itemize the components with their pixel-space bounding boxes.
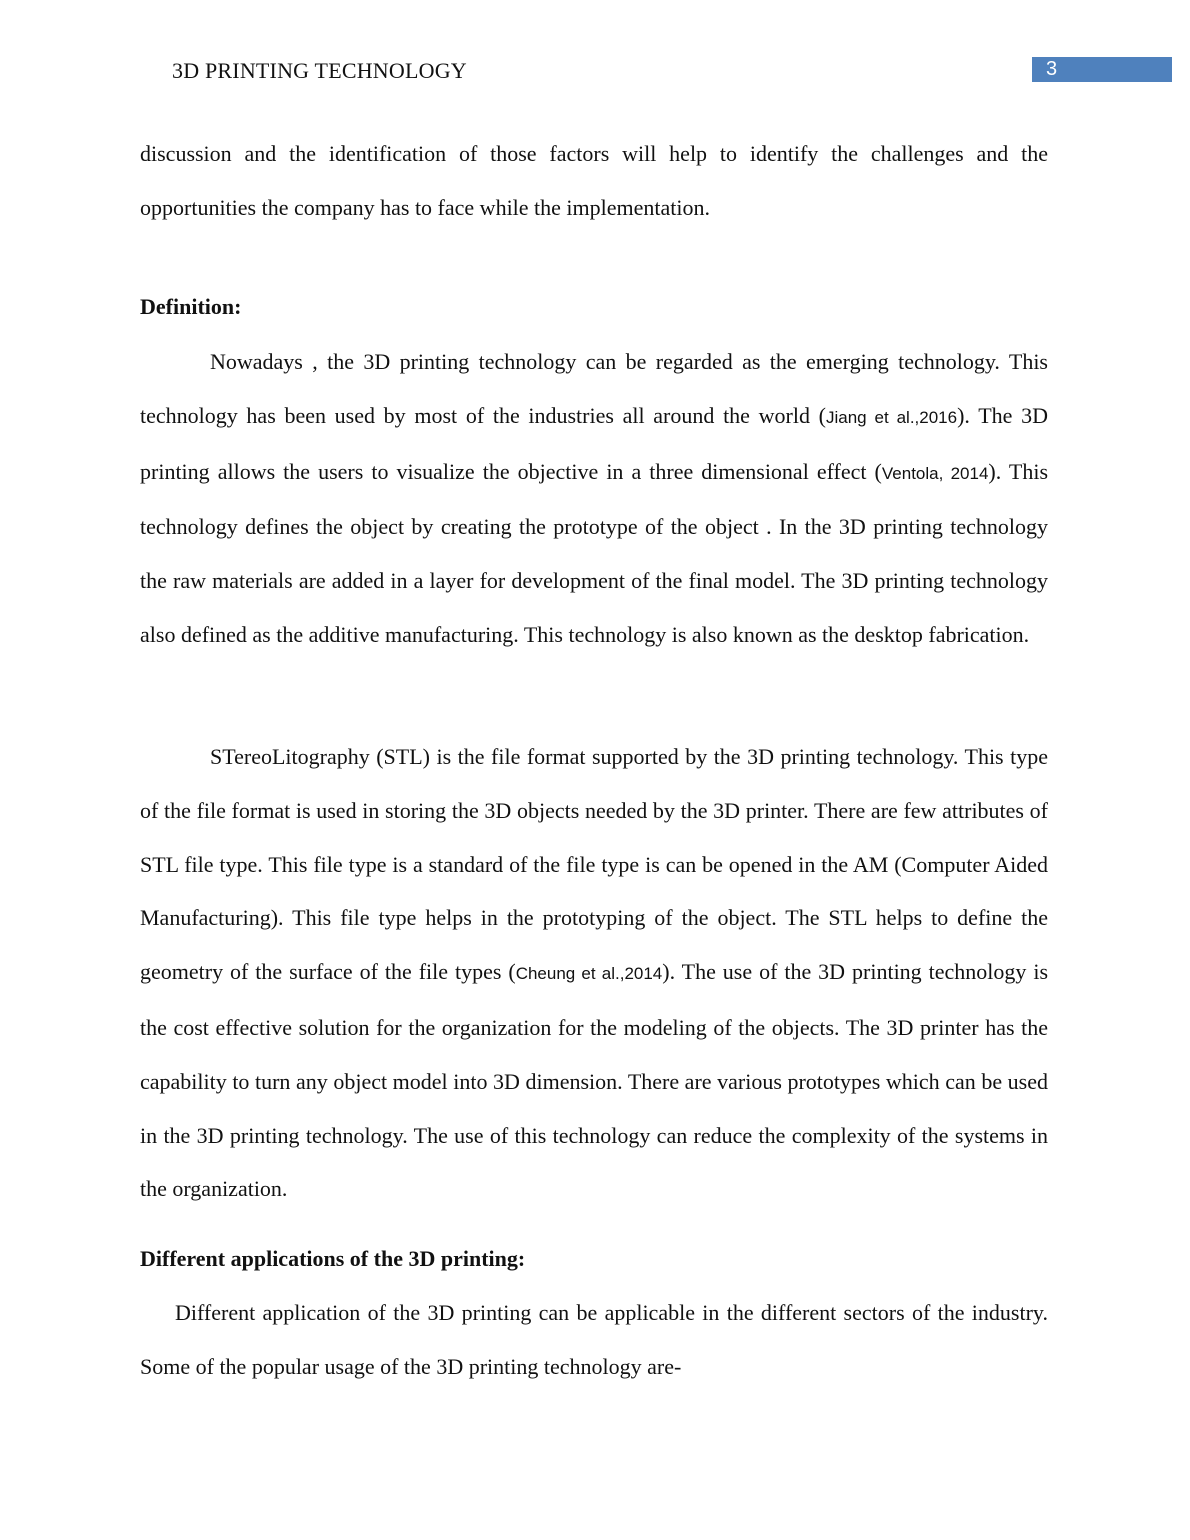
intro-paragraph: discussion and the identification of tho…	[140, 127, 1048, 235]
definition-p2-text-1: STereoLitography (STL) is the file forma…	[140, 744, 1048, 984]
intro-text: discussion and the identification of tho…	[140, 127, 1048, 235]
page-number-box: 3	[1032, 57, 1172, 82]
definition-heading: Definition:	[140, 294, 241, 320]
citation-jiang: Jiang et al.,2016	[826, 408, 957, 427]
definition-paragraph-1: Nowadays , the 3D printing technology ca…	[140, 335, 1048, 662]
applications-heading: Different applications of the 3D printin…	[140, 1246, 525, 1272]
definition-paragraph-2: STereoLitography (STL) is the file forma…	[140, 730, 1048, 1216]
definition-p2-text-2: ). The use of the 3D printing technology…	[140, 959, 1048, 1201]
definition-p1-text-3: ). This technology defines the object by…	[140, 459, 1048, 647]
page-number: 3	[1046, 58, 1057, 81]
citation-cheung: Cheung et al.,2014	[516, 964, 663, 983]
running-head: 3D PRINTING TECHNOLOGY	[172, 58, 467, 84]
applications-paragraph: Different application of the 3D printing…	[140, 1286, 1048, 1394]
applications-text: Different application of the 3D printing…	[140, 1286, 1048, 1394]
citation-ventola: Ventola, 2014	[882, 464, 989, 483]
document-page: 3D PRINTING TECHNOLOGY 3 discussion and …	[0, 0, 1190, 1540]
